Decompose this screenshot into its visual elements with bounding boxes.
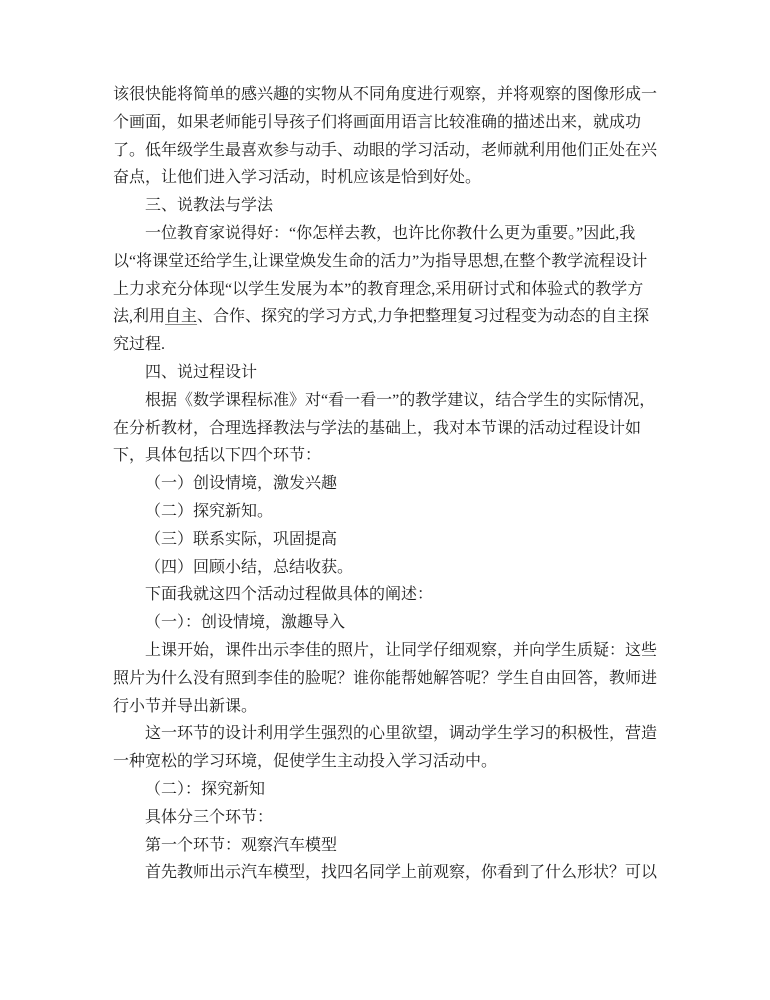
document-text-block: 该很快能将简单的感兴趣的实物从不同角度进行观察，并将观察的图像形成一个画面，如果… <box>113 81 658 887</box>
list-item-step-3: （三）联系实际，巩固提高 <box>113 526 658 554</box>
list-item-step-2: （二）探究新知。 <box>113 498 658 526</box>
document-page: 该很快能将简单的感兴趣的实物从不同角度进行观察，并将观察的图像形成一个画面，如果… <box>0 0 770 1000</box>
paragraph-lead-in: 下面我就这四个活动过程做具体的阐述： <box>113 581 658 609</box>
section-heading-teaching-methods: 三、说教法与学法 <box>113 192 658 220</box>
paragraph-step-1-rationale: 这一环节的设计利用学生强烈的心里欲望，调动学生学习的积极性，营造一种宽松的学习环… <box>113 720 658 776</box>
list-item-step-1: （一）创设情境，激发兴趣 <box>113 470 658 498</box>
paragraph-step-2-overview: 具体分三个环节： <box>113 804 658 832</box>
list-item-step-4: （四）回顾小结，总结收获。 <box>113 554 658 582</box>
subsection-heading-activity-1: 第一个环节：观察汽车模型 <box>113 832 658 860</box>
underlined-text: 自主 <box>165 308 197 325</box>
section-heading-process-design: 四、说过程设计 <box>113 359 658 387</box>
subsection-heading-step-1: （一）：创设情境，激趣导入 <box>113 609 658 637</box>
paragraph-continuation: 该很快能将简单的感兴趣的实物从不同角度进行观察，并将观察的图像形成一个画面，如果… <box>113 81 658 192</box>
paragraph-step-1-detail: 上课开始，课件出示李佳的照片，让同学仔细观察，并向学生质疑：这些照片为什么没有照… <box>113 637 658 720</box>
paragraph-process-design-intro: 根据《数学课程标准》对“看一看一”的教学建议，结合学生的实际情况，在分析教材，合… <box>113 387 658 470</box>
paragraph-activity-1-detail: 首先教师出示汽车模型，找四名同学上前观察，你看到了什么形状？可以 <box>113 859 658 887</box>
paragraph-teaching-methods: 一位教育家说得好：“你怎样去教，也许比你教什么更为重要。”因此,我以“将课堂还给… <box>113 220 658 359</box>
subsection-heading-step-2: （二）：探究新知 <box>113 776 658 804</box>
